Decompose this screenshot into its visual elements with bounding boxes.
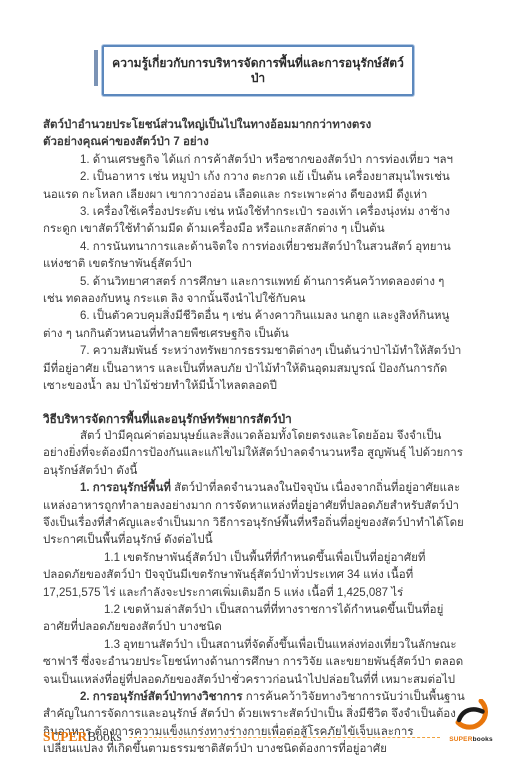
intro-line-2: ตัวอย่างคุณค่าของสัตว์ป่า 7 อย่าง <box>43 134 466 151</box>
title-accent-bar <box>94 50 98 86</box>
management-item-1-label: 1. การอนุรักษ์พื้นที่ <box>80 482 171 494</box>
page-footer: SUPERBooks SUPERbooks <box>43 699 497 744</box>
footer-dashed-divider <box>129 737 440 738</box>
document-body: สัตว์ป่าอำนวยประโยชน์ส่วนใหญ่เป็นไปในทาง… <box>43 117 466 759</box>
footer-brand-books: Books <box>87 729 122 744</box>
superbooks-logo: SUPERbooks <box>445 699 497 744</box>
management-subitem: 1.2 เขตห้ามล่าสัตว์ป่า เป็นสถานที่ที่ทาง… <box>43 602 466 637</box>
management-subitem: 1.3 อุทยานสัตว์ป่า เป็นสถานที่จัดตั้งขึ้… <box>43 637 466 689</box>
section-intro: สัตว์ ป่ามีคุณค่าต่อมนุษย์และสิ่งแวดล้อม… <box>43 428 466 480</box>
document-page: ความรู้เกี่ยวกับการบริหารจัดการพื้นที่แล… <box>0 0 508 760</box>
title-section: ความรู้เกี่ยวกับการบริหารจัดการพื้นที่แล… <box>0 0 508 96</box>
wildlife-value-item: 3. เครื่องใช้เครื่องประดับ เช่น หนังใช้ท… <box>43 204 466 239</box>
management-item-1: 1. การอนุรักษ์พื้นที่ สัตว์ป่าที่ลดจำนวน… <box>43 480 466 550</box>
footer-brand: SUPERBooks <box>43 730 122 744</box>
superbooks-logo-text: SUPERbooks <box>449 736 493 744</box>
footer-brand-super: SUPER <box>43 729 87 744</box>
wildlife-value-item: 4. การนันทนาการและด้านจิตใจ การท่องเที่ย… <box>43 239 466 274</box>
logo-text-books: books <box>473 736 493 743</box>
management-subitem: 1.1 เขตรักษาพันธุ์สัตว์ป่า เป็นพื้นที่ที… <box>43 550 466 602</box>
page-title: ความรู้เกี่ยวกับการบริหารจัดการพื้นที่แล… <box>102 45 414 96</box>
wildlife-value-item: 1. ด้านเศรษฐกิจ ได้แก่ การค้าสัตว์ป่า หร… <box>43 152 466 169</box>
section-heading: วิธีบริหารจัดการพื้นที่และอนุรักษ์ทรัพยา… <box>43 411 466 428</box>
superbooks-swoosh-icon <box>452 699 490 736</box>
intro-line-1: สัตว์ป่าอำนวยประโยชน์ส่วนใหญ่เป็นไปในทาง… <box>43 117 466 134</box>
logo-text-super: SUPER <box>449 736 472 743</box>
wildlife-value-item: 7. ความสัมพันธ์ ระหว่างทรัพยากรธรรมชาติต… <box>43 343 466 395</box>
wildlife-value-item: 5. ด้านวิทยาศาสตร์ การศึกษา และการแพทย์ … <box>43 274 466 309</box>
wildlife-value-item: 6. เป็นตัวควบคุมสิ่งมีชีวิตอื่น ๆ เช่น ค… <box>43 308 466 343</box>
wildlife-value-item: 2. เป็นอาหาร เช่น หมูป่า เก้ง กวาง ตะกวด… <box>43 169 466 204</box>
